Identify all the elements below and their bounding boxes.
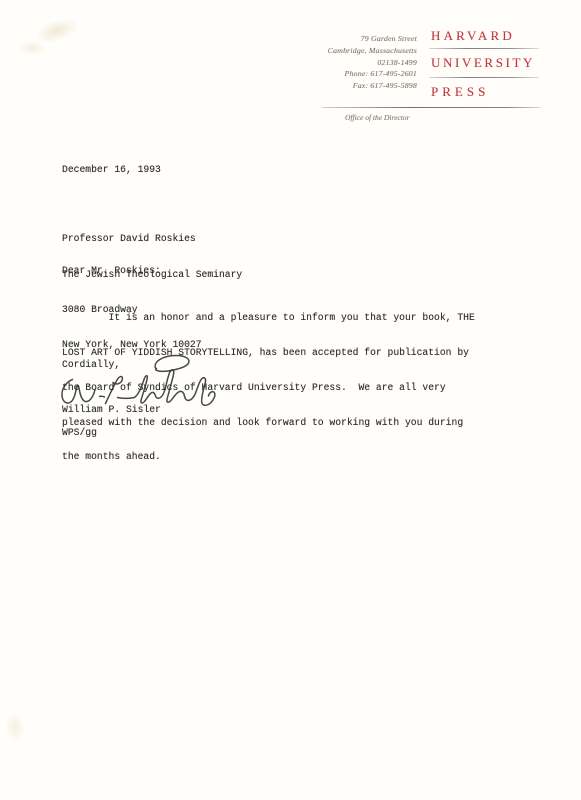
letterhead-address-line: 79 Garden Street [328,33,417,45]
paper-smudge [18,40,46,56]
letterhead-address: 79 Garden Street Cambridge, Massachusett… [328,33,417,92]
body-line: the months ahead. [62,451,475,463]
body-line: It is an honor and a pleasure to inform … [62,312,475,324]
typist-initials: WPS/gg [62,427,97,439]
letterhead-department: Office of the Director [345,113,410,122]
publisher-logo-press: PRESS [431,84,489,100]
recipient-line: Professor David Roskies [62,233,242,245]
letterhead-address-line: Cambridge, Massachusetts [328,45,417,57]
paper-smudge [5,712,25,742]
letter-date: December 16, 1993 [62,164,161,176]
letterhead-address-line: 02138-1499 [328,57,417,69]
logo-divider-rule [429,77,539,78]
letter-page: 79 Garden Street Cambridge, Massachusett… [0,0,581,800]
body-line: pleased with the decision and look forwa… [62,417,475,429]
salutation: Dear Mr. Roskies: [62,265,161,277]
logo-divider-rule [429,48,539,49]
letterhead-address-line: Fax: 617-495-5898 [328,80,417,92]
publisher-logo-university: UNIVERSITY [431,55,535,71]
signer-name: William P. Sisler [62,404,161,416]
paper-smudge [32,13,83,48]
letterhead-bottom-rule [322,107,540,108]
letterhead-address-line: Phone: 617-495-2601 [328,68,417,80]
publisher-logo-harvard: HARVARD [431,28,515,44]
